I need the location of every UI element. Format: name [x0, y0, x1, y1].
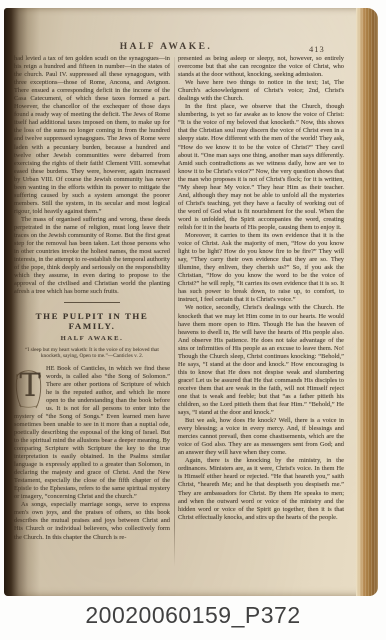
right-column: presented as being asleep or sleepy, not…: [178, 55, 344, 567]
opening-paragraph: T HE Book of Canticles, in which we find…: [14, 365, 170, 502]
ornate-initial-wrap: T: [14, 367, 43, 409]
left-column: had levied a tax of ten golden scudi on …: [14, 55, 170, 567]
section-title: THE PULPIT IN THE FAMILY.: [14, 311, 170, 331]
paragraph: As songs, especially marriage songs, ser…: [14, 501, 170, 541]
paragraph: had levied a tax of ten golden scudi on …: [14, 55, 170, 216]
section-epigraph: “I sleep but my heart waketh: It is the …: [19, 347, 165, 360]
running-header: HALF AWAKE.: [4, 42, 328, 52]
book-page: HALF AWAKE. 413 had levied a tax of ten …: [4, 8, 378, 596]
paragraph: presented as being asleep or sleepy, not…: [178, 55, 344, 79]
book-scan-photo: HALF AWAKE. 413 had levied a tax of ten …: [0, 0, 386, 640]
page-number: 413: [309, 44, 333, 54]
ornate-initial-T: T: [18, 364, 42, 406]
paragraph: But we ask, how does He knock? Well, the…: [178, 417, 344, 457]
paragraph: The mass of organised suffering and wron…: [14, 216, 170, 296]
column-divider: [174, 57, 175, 567]
section-subtitle: HALF AWAKE.: [14, 335, 170, 343]
paragraph: We have here two things to notice in the…: [178, 79, 344, 103]
paragraph: Again, there is the knocking by the mini…: [178, 457, 344, 521]
scan-id-label: 20020060159_P372: [0, 602, 386, 629]
paragraph: We notice, secondly, Christ's dealings w…: [178, 304, 344, 417]
paragraph: In the first place, we observe that the …: [178, 103, 344, 232]
book-fore-edge: [356, 8, 378, 596]
section-divider-rule: [64, 302, 120, 303]
text-columns: had levied a tax of ten golden scudi on …: [14, 55, 354, 567]
paragraph: Moreover, it carries to them its own evi…: [178, 232, 344, 304]
